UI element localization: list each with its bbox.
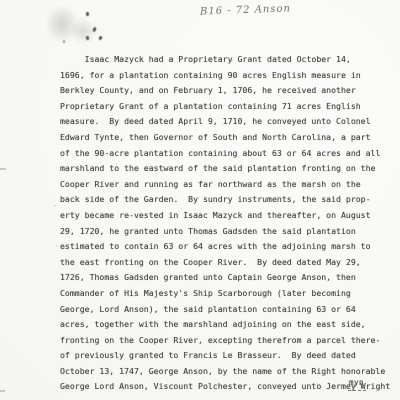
paper-speck [54,205,56,207]
typed-correction: myn [349,378,364,387]
text-line: Proprietary Grant of a plantation contai… [60,99,396,115]
paper-speck [56,245,58,247]
text-line: of the 90-acre plantation containing abo… [60,146,396,162]
scan-artifact [0,390,5,392]
text-line: fronting on the Cooper River, excepting … [60,333,396,349]
pencil-speck [86,12,89,16]
strikethrough-mark [348,390,366,391]
text-line: Isaac Mazyck had a Proprietary Grant dat… [60,52,396,68]
text-line: marshland to the eastward of the said pl… [60,161,396,177]
text-line: 1696, for a plantation containing 90 acr… [60,68,396,84]
text-line: Commander of His Majesty's Ship Scarboro… [60,286,396,302]
text-line: estimated to contain 63 or 64 acres with… [60,239,396,255]
text-line: 29, 1720, he granted unto Thomas Gadsden… [60,224,396,240]
document-page: B16 - 72 Anson Isaac Mazyck had a Propri… [0,0,400,400]
text-line: back side of the Garden. By sundry instr… [60,192,396,208]
text-line: October 13, 1747, George Anson, by the n… [60,364,396,380]
typewritten-text: Isaac Mazyck had a Proprietary Grant dat… [60,52,396,395]
text-line: Berkley County, and on February 1, 1706,… [60,83,396,99]
text-line: George, Lord Anson), the said plantation… [60,302,396,318]
text-line: Cooper River and running as far northwar… [60,177,396,193]
text-line: Edward Tynte, then Governor of South and… [60,130,396,146]
pencil-speck [63,40,65,43]
text-line: 1726, Thomas Gadsden granted unto Captai… [60,270,396,286]
text-line: acres, together with the marshland adjoi… [60,317,396,333]
pencil-speck [98,36,102,41]
handwritten-note: B16 - 72 Anson [200,3,291,17]
scan-artifact [0,168,6,170]
pencil-speck [92,27,97,33]
text-line: George Lord Anson, Viscount Polchester, … [60,379,396,395]
text-line: erty became re-vested in Isaac Mazyck an… [60,208,396,224]
text-line: measure. By deed dated April 9, 1710, he… [60,114,396,130]
text-line: of previously granted to Francis Le Bras… [60,348,396,364]
text-line: the east fronting on the Cooper River. B… [60,255,396,271]
